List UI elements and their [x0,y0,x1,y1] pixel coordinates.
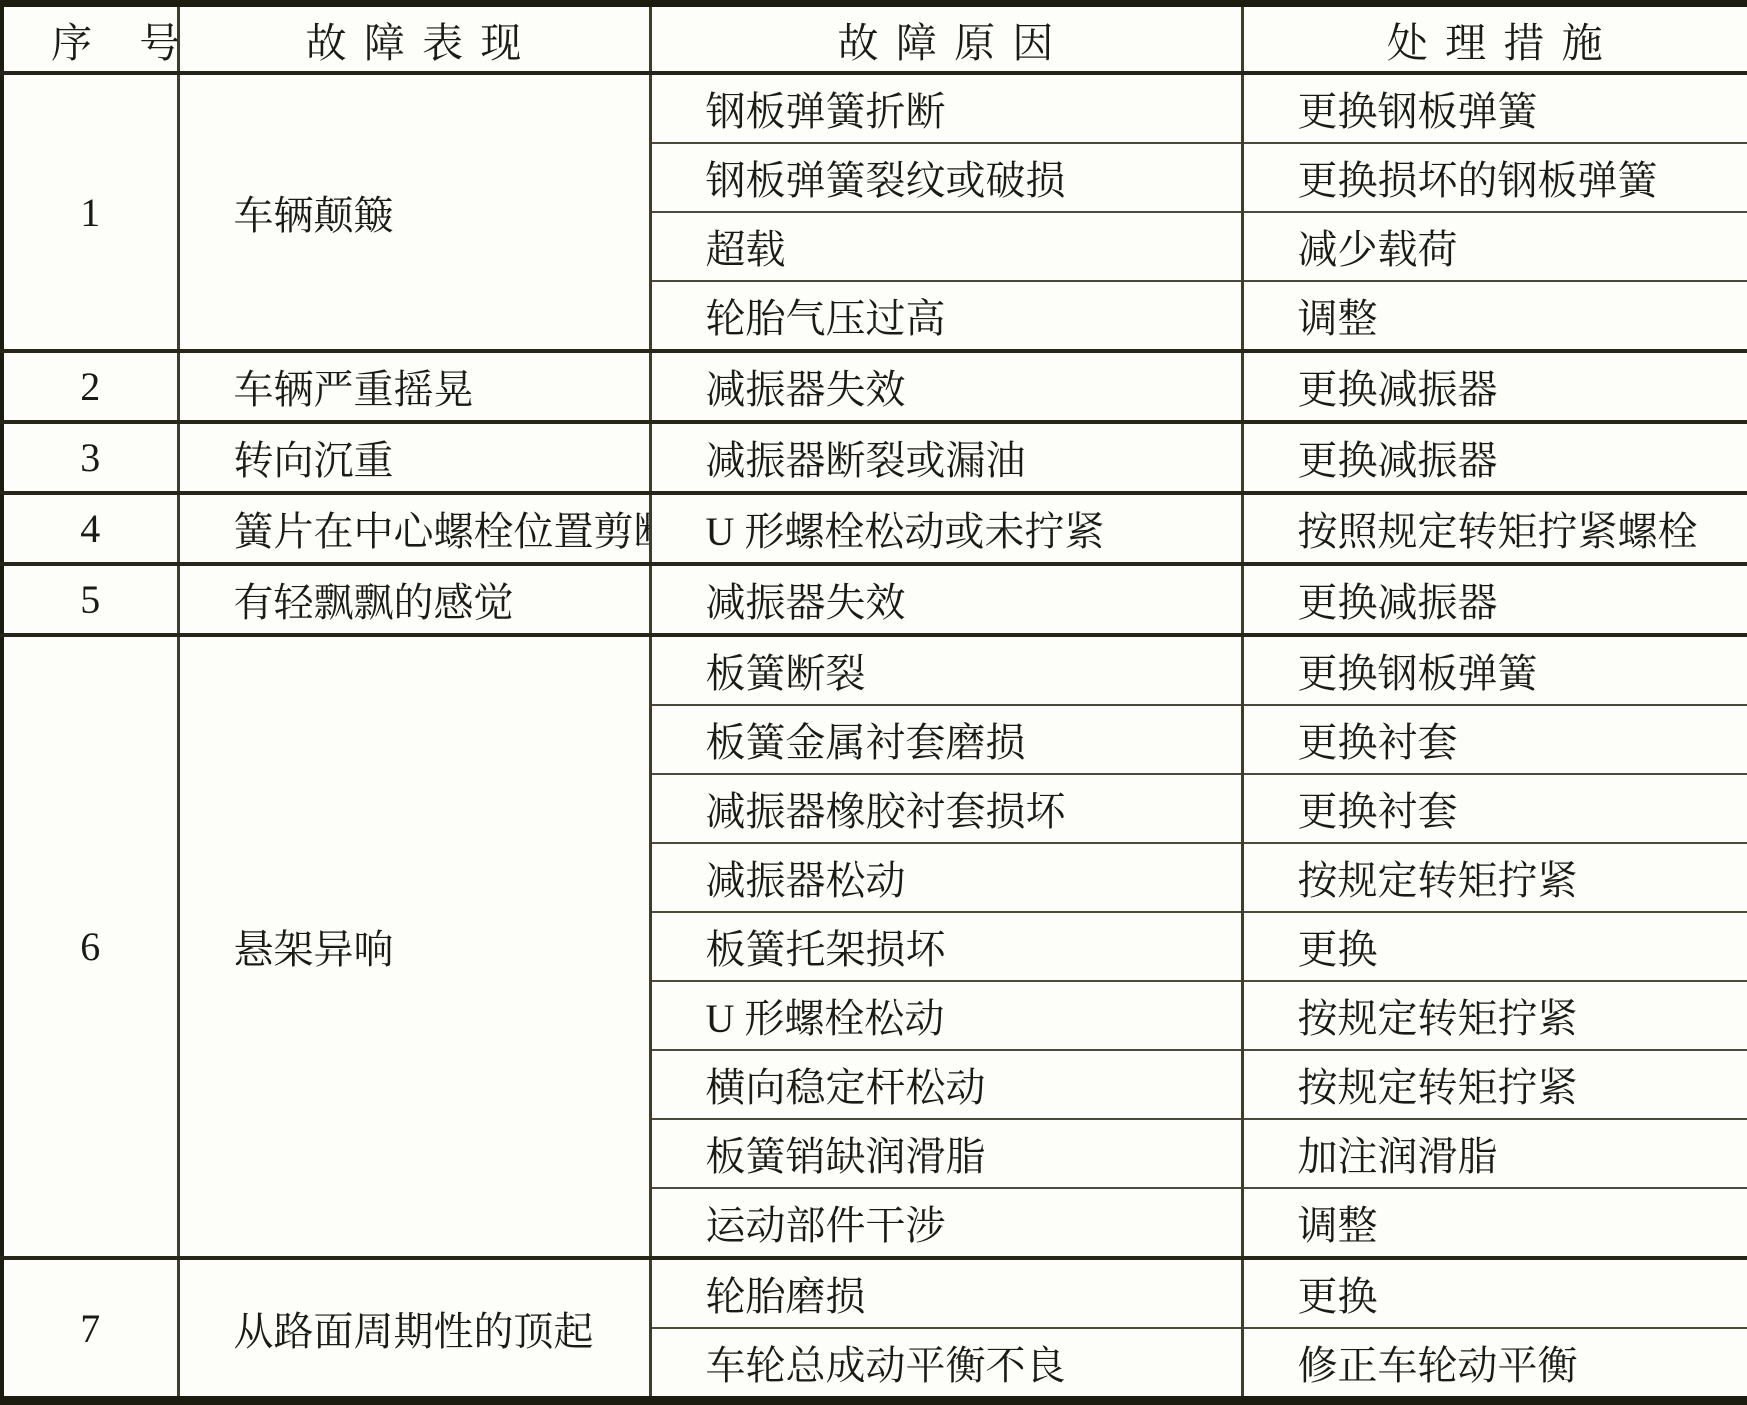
table-row: 6 悬架异响 板簧断裂 更换钢板弹簧 [2,635,1747,705]
symptom-cell: 车辆严重摇晃 [178,351,650,422]
measure-cell: 更换衬套 [1242,774,1747,843]
cause-cell: U 形螺栓松动 [650,981,1242,1050]
serial-cell: 1 [2,73,178,351]
fault-diagnosis-table: 序号 故障表现 故障原因 处理措施 1 车辆颠簸 钢板弹簧折断 更换钢板弹簧 钢… [0,0,1747,1405]
cause-cell: 横向稳定杆松动 [650,1050,1242,1119]
header-measure: 处理措施 [1242,4,1747,74]
table-row: 3 转向沉重 减振器断裂或漏油 更换减振器 [2,422,1747,493]
header-cause: 故障原因 [650,4,1242,74]
cause-cell: 减振器松动 [650,843,1242,912]
serial-cell: 2 [2,351,178,422]
measure-cell: 更换减振器 [1242,351,1747,422]
measure-cell: 更换 [1242,1258,1747,1328]
header-serial: 序号 [2,4,178,74]
measure-cell: 加注润滑脂 [1242,1119,1747,1188]
table-row: 2 车辆严重摇晃 减振器失效 更换减振器 [2,351,1747,422]
measure-cell: 调整 [1242,281,1747,351]
cause-cell: 车轮总成动平衡不良 [650,1328,1242,1401]
serial-cell: 4 [2,493,178,564]
table-row: 7 从路面周期性的顶起 轮胎磨损 更换 [2,1258,1747,1328]
measure-cell: 调整 [1242,1188,1747,1258]
header-symptom: 故障表现 [178,4,650,74]
cause-cell: 钢板弹簧裂纹或破损 [650,143,1242,212]
measure-cell: 按规定转矩拧紧 [1242,843,1747,912]
cause-cell: 轮胎磨损 [650,1258,1242,1328]
measure-cell: 更换减振器 [1242,422,1747,493]
cause-cell: 减振器失效 [650,351,1242,422]
symptom-cell: 簧片在中心螺栓位置剪断 [178,493,650,564]
table-row: 1 车辆颠簸 钢板弹簧折断 更换钢板弹簧 [2,73,1747,143]
symptom-cell: 悬架异响 [178,635,650,1258]
cause-cell: 板簧金属衬套磨损 [650,705,1242,774]
cause-cell: 板簧托架损坏 [650,912,1242,981]
serial-cell: 5 [2,564,178,635]
measure-cell: 更换钢板弹簧 [1242,73,1747,143]
measure-cell: 修正车轮动平衡 [1242,1328,1747,1401]
cause-cell: 减振器橡胶衬套损坏 [650,774,1242,843]
serial-cell: 3 [2,422,178,493]
measure-cell: 更换损坏的钢板弹簧 [1242,143,1747,212]
symptom-cell: 转向沉重 [178,422,650,493]
measure-cell: 按规定转矩拧紧 [1242,981,1747,1050]
cause-cell: 超载 [650,212,1242,281]
symptom-cell: 车辆颠簸 [178,73,650,351]
symptom-cell: 有轻飘飘的感觉 [178,564,650,635]
cause-cell: U 形螺栓松动或未拧紧 [650,493,1242,564]
table-row: 5 有轻飘飘的感觉 减振器失效 更换减振器 [2,564,1747,635]
measure-cell: 更换 [1242,912,1747,981]
cause-cell: 板簧销缺润滑脂 [650,1119,1242,1188]
cause-cell: 钢板弹簧折断 [650,73,1242,143]
table-row: 4 簧片在中心螺栓位置剪断 U 形螺栓松动或未拧紧 按照规定转矩拧紧螺栓 [2,493,1747,564]
measure-cell: 按规定转矩拧紧 [1242,1050,1747,1119]
measure-cell: 按照规定转矩拧紧螺栓 [1242,493,1747,564]
measure-cell: 减少载荷 [1242,212,1747,281]
header-row: 序号 故障表现 故障原因 处理措施 [2,4,1747,74]
cause-cell: 轮胎气压过高 [650,281,1242,351]
cause-cell: 板簧断裂 [650,635,1242,705]
cause-cell: 减振器断裂或漏油 [650,422,1242,493]
measure-cell: 更换钢板弹簧 [1242,635,1747,705]
serial-cell: 6 [2,635,178,1258]
measure-cell: 更换减振器 [1242,564,1747,635]
cause-cell: 运动部件干涉 [650,1188,1242,1258]
cause-cell: 减振器失效 [650,564,1242,635]
measure-cell: 更换衬套 [1242,705,1747,774]
serial-cell: 7 [2,1258,178,1401]
symptom-cell: 从路面周期性的顶起 [178,1258,650,1401]
